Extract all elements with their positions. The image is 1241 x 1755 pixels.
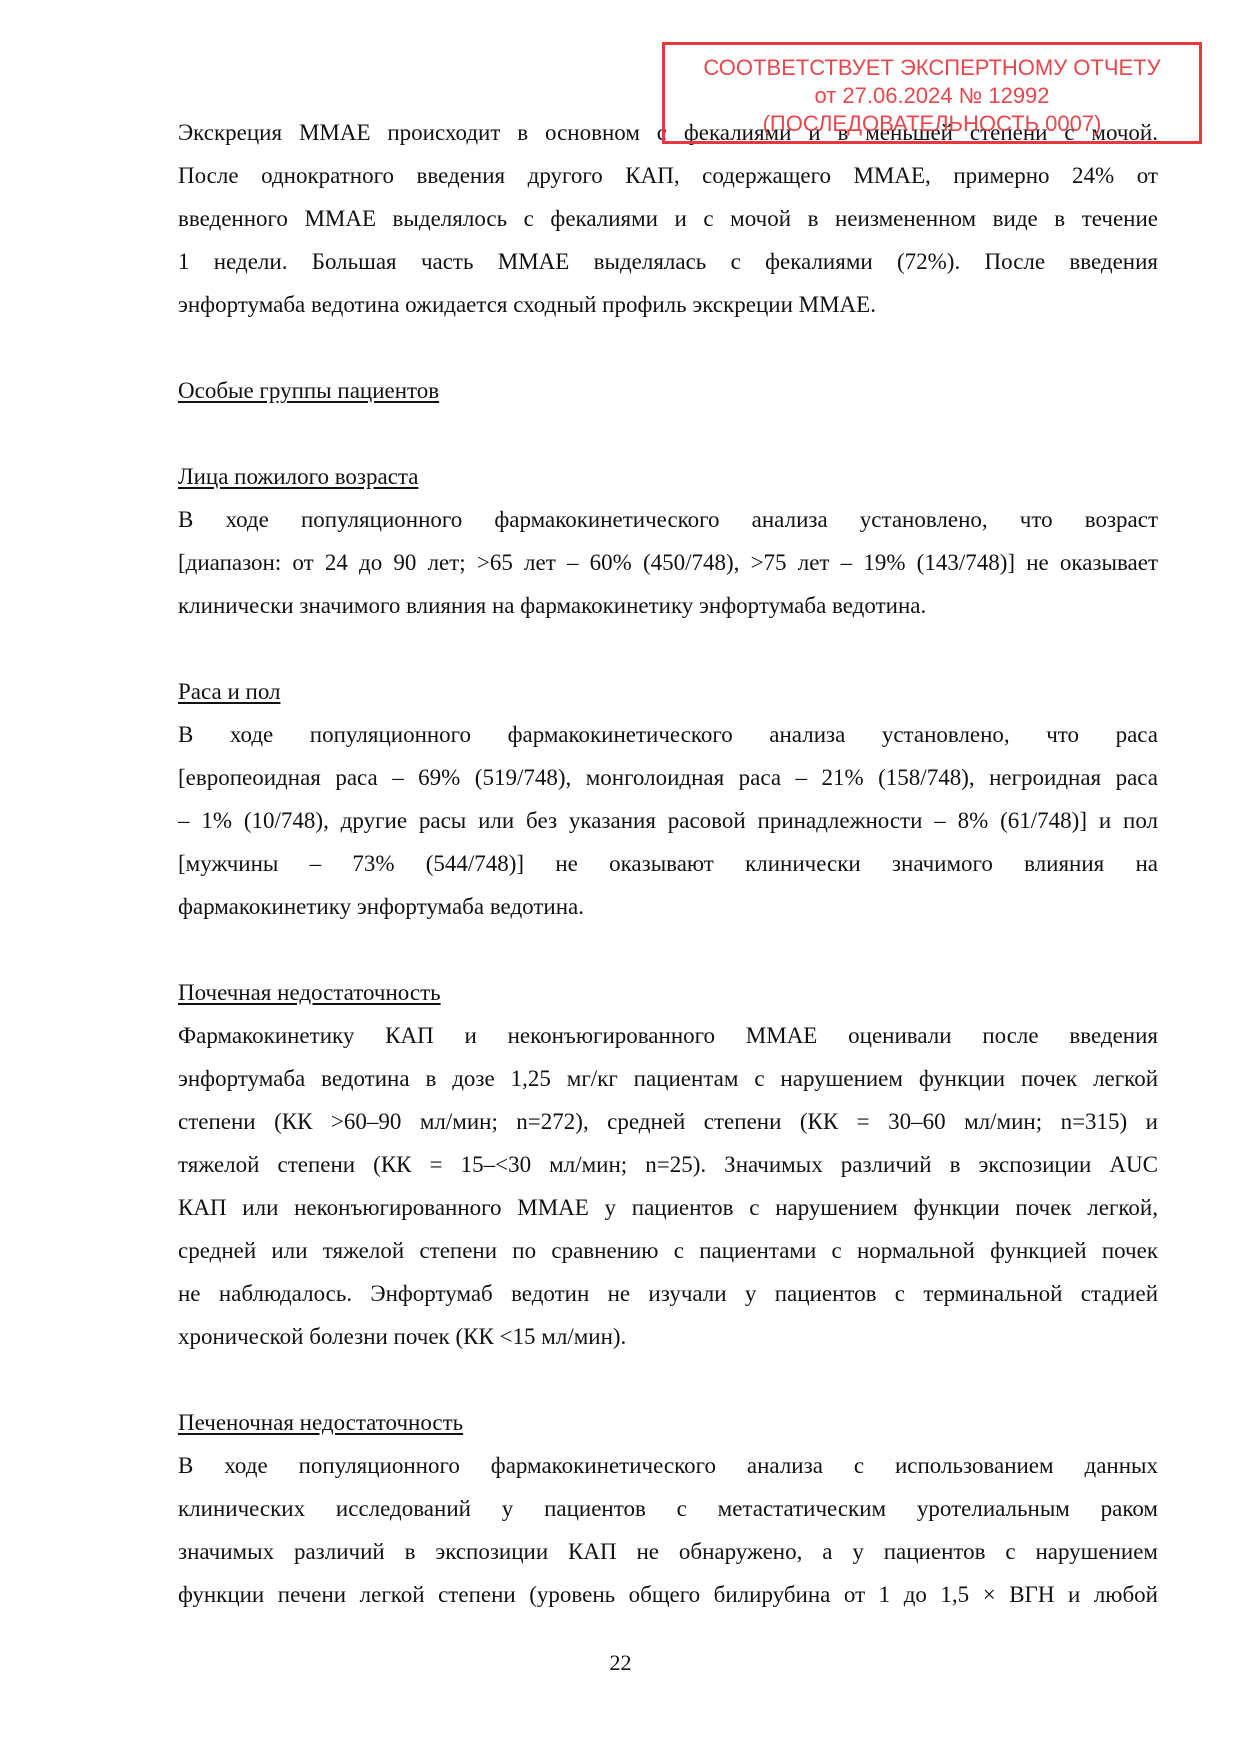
paragraph-line: тяжелой степени (КК = 15–<30 мл/мин; n=2… — [178, 1150, 1158, 1180]
paragraph-line: – 1% (10/748), другие расы или без указа… — [178, 806, 1158, 836]
paragraph-line: клинически значимого влияния на фармакок… — [178, 591, 1158, 621]
paragraph-line: клинических исследований у пациентов с м… — [178, 1494, 1158, 1524]
paragraph-line: хронической болезни почек (КК <15 мл/мин… — [178, 1322, 1158, 1352]
paragraph-line: КАП или неконъюгированного ММАЕ у пациен… — [178, 1193, 1158, 1223]
stamp-line-3: (ПОСЛЕДОВАТЕЛЬНОСТЬ 0007) — [665, 111, 1199, 137]
paragraph-line: [европеоидная раса – 69% (519/748), монг… — [178, 763, 1158, 793]
paragraph-line: После однократного введения другого КАП,… — [178, 161, 1158, 191]
expert-report-stamp: СООТВЕТСТВУЕТ ЭКСПЕРТНОМУ ОТЧЕТУ от 27.0… — [662, 42, 1202, 144]
paragraph-line: В ходе популяционного фармакокинетическо… — [178, 720, 1158, 750]
subsection-heading-elderly: Лица пожилого возраста — [178, 462, 418, 492]
section-heading: Особые группы пациентов — [178, 376, 439, 406]
paragraph-line: энфортумаба ведотина ожидается сходный п… — [178, 290, 1158, 320]
paragraph-line: В ходе популяционного фармакокинетическо… — [178, 505, 1158, 535]
subsection-heading-hepatic: Печеночная недостаточность — [178, 1408, 463, 1438]
page-number: 22 — [0, 1650, 1241, 1676]
subsection-heading-renal: Почечная недостаточность — [178, 978, 441, 1008]
paragraph-line: степени (КК >60–90 мл/мин; n=272), средн… — [178, 1107, 1158, 1137]
paragraph-line: функции печени легкой степени (уровень о… — [178, 1580, 1158, 1610]
paragraph-line: не наблюдалось. Энфортумаб ведотин не из… — [178, 1279, 1158, 1309]
paragraph-line: 1 недели. Большая часть ММАЕ выделялась … — [178, 247, 1158, 277]
stamp-line-1: СООТВЕТСТВУЕТ ЭКСПЕРТНОМУ ОТЧЕТУ — [665, 55, 1199, 81]
paragraph-line: В ходе популяционного фармакокинетическо… — [178, 1451, 1158, 1481]
document-page: Экскреция ММАЕ происходит в основном с ф… — [0, 0, 1241, 1755]
subsection-heading-race-sex: Раса и пол — [178, 677, 281, 707]
paragraph-line: Фармакокинетику КАП и неконъюгированного… — [178, 1021, 1158, 1051]
paragraph-line: [диапазон: от 24 до 90 лет; >65 лет – 60… — [178, 548, 1158, 578]
paragraph-line: фармакокинетику энфортумаба ведотина. — [178, 892, 1158, 922]
paragraph-line: введенного ММАЕ выделялось с фекалиями и… — [178, 204, 1158, 234]
paragraph-line: средней или тяжелой степени по сравнению… — [178, 1236, 1158, 1266]
stamp-line-2: от 27.06.2024 № 12992 — [665, 83, 1199, 109]
paragraph-line: энфортумаба ведотина в дозе 1,25 мг/кг п… — [178, 1064, 1158, 1094]
paragraph-line: [мужчины – 73% (544/748)] не оказывают к… — [178, 849, 1158, 879]
paragraph-line: значимых различий в экспозиции КАП не об… — [178, 1537, 1158, 1567]
